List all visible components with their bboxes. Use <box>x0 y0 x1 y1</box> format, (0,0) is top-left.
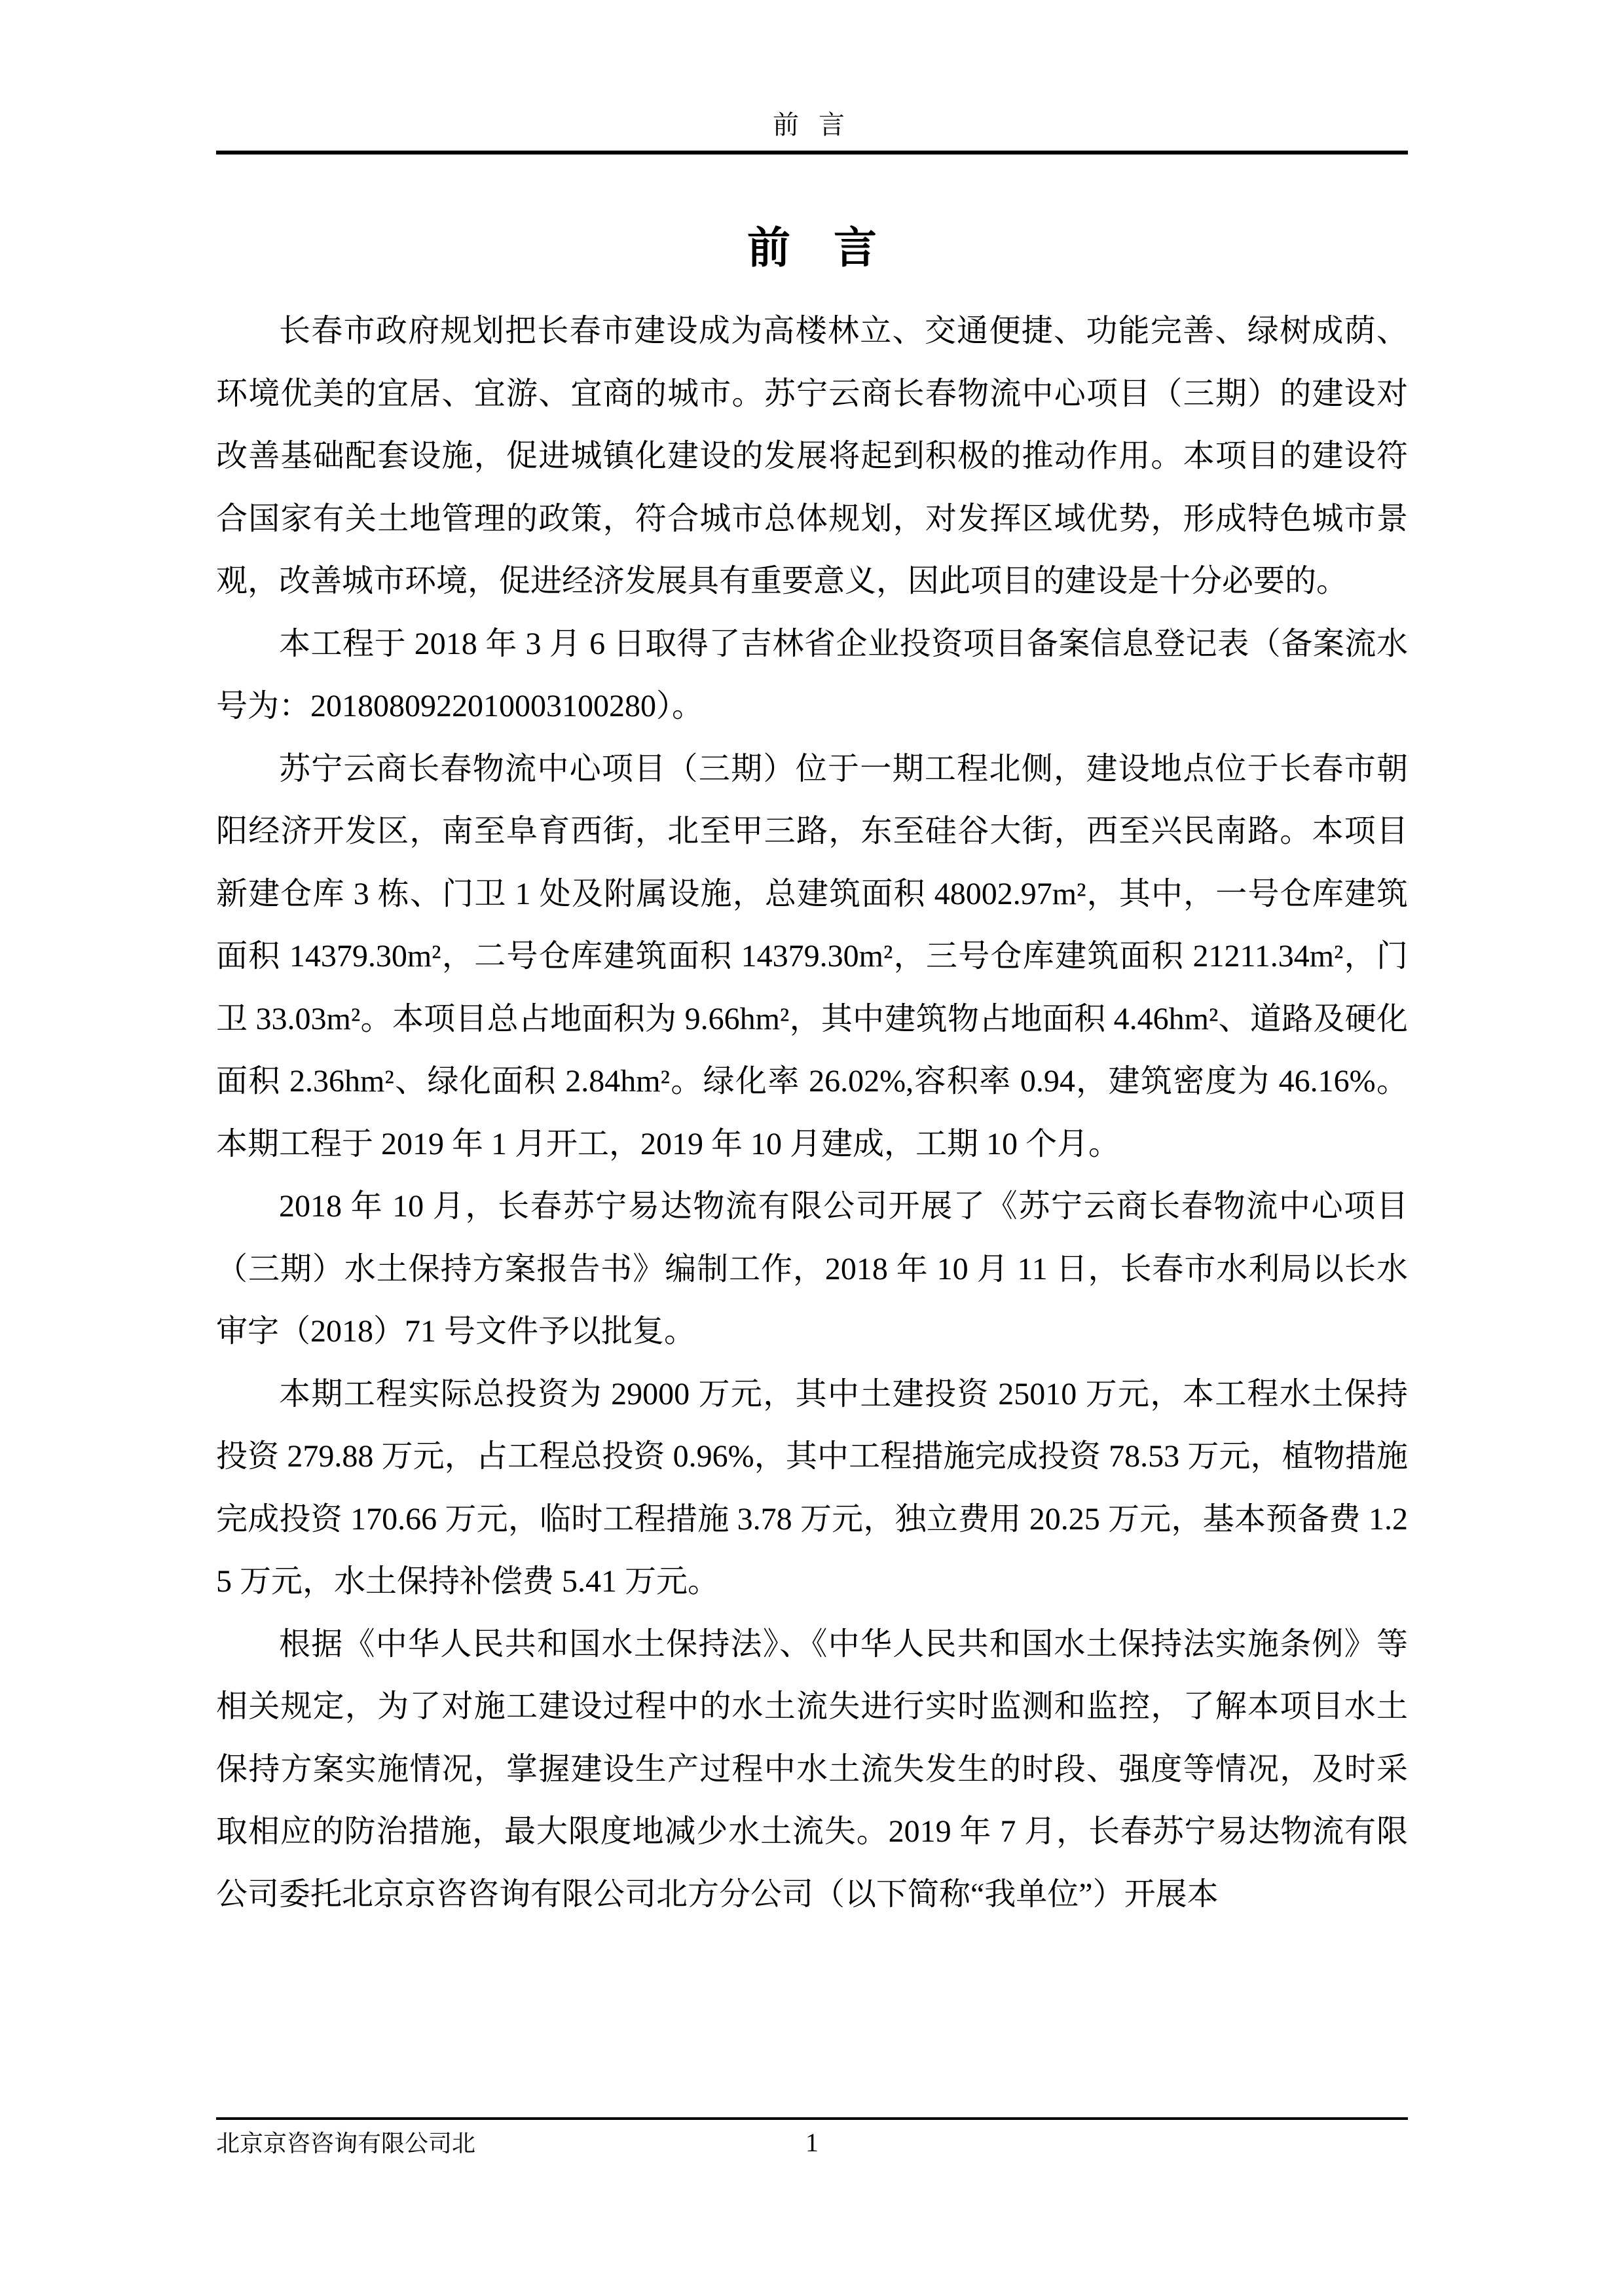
page-footer: 北京京咨咨询有限公司北 1 <box>216 2117 1408 2179</box>
header-running-title: 前 言 <box>773 110 851 139</box>
paragraph-project-overview: 苏宁云商长春物流中心项目（三期）位于一期工程北侧，建设地点位于长春市朝阳经济开发… <box>216 738 1408 1176</box>
paragraph-intro: 长春市政府规划把长春市建设成为高楼林立、交通便捷、功能完善、绿树成荫、环境优美的… <box>216 300 1408 613</box>
page-header: 前 言 <box>216 110 1408 155</box>
document-body: 长春市政府规划把长春市建设成为高楼林立、交通便捷、功能完善、绿树成荫、环境优美的… <box>216 300 1408 1925</box>
paragraph-plan-approval: 2018 年 10 月，长春苏宁易达物流有限公司开展了《苏宁云商长春物流中心项目… <box>216 1175 1408 1363</box>
paragraph-investment: 本期工程实际总投资为 29000 万元，其中土建投资 25010 万元，本工程水… <box>216 1363 1408 1613</box>
paragraph-registration: 本工程于 2018 年 3 月 6 日取得了吉林省企业投资项目备案信息登记表（备… <box>216 613 1408 738</box>
document-page: 前 言 前 言 长春市政府规划把长春市建设成为高楼林立、交通便捷、功能完善、绿树… <box>0 0 1624 2296</box>
footer-page-number: 1 <box>216 2128 1408 2158</box>
page-title: 前 言 <box>216 221 1408 276</box>
paragraph-regulations: 根据《中华人民共和国水土保持法》、《中华人民共和国水土保持法实施条例》等相关规定… <box>216 1613 1408 1926</box>
